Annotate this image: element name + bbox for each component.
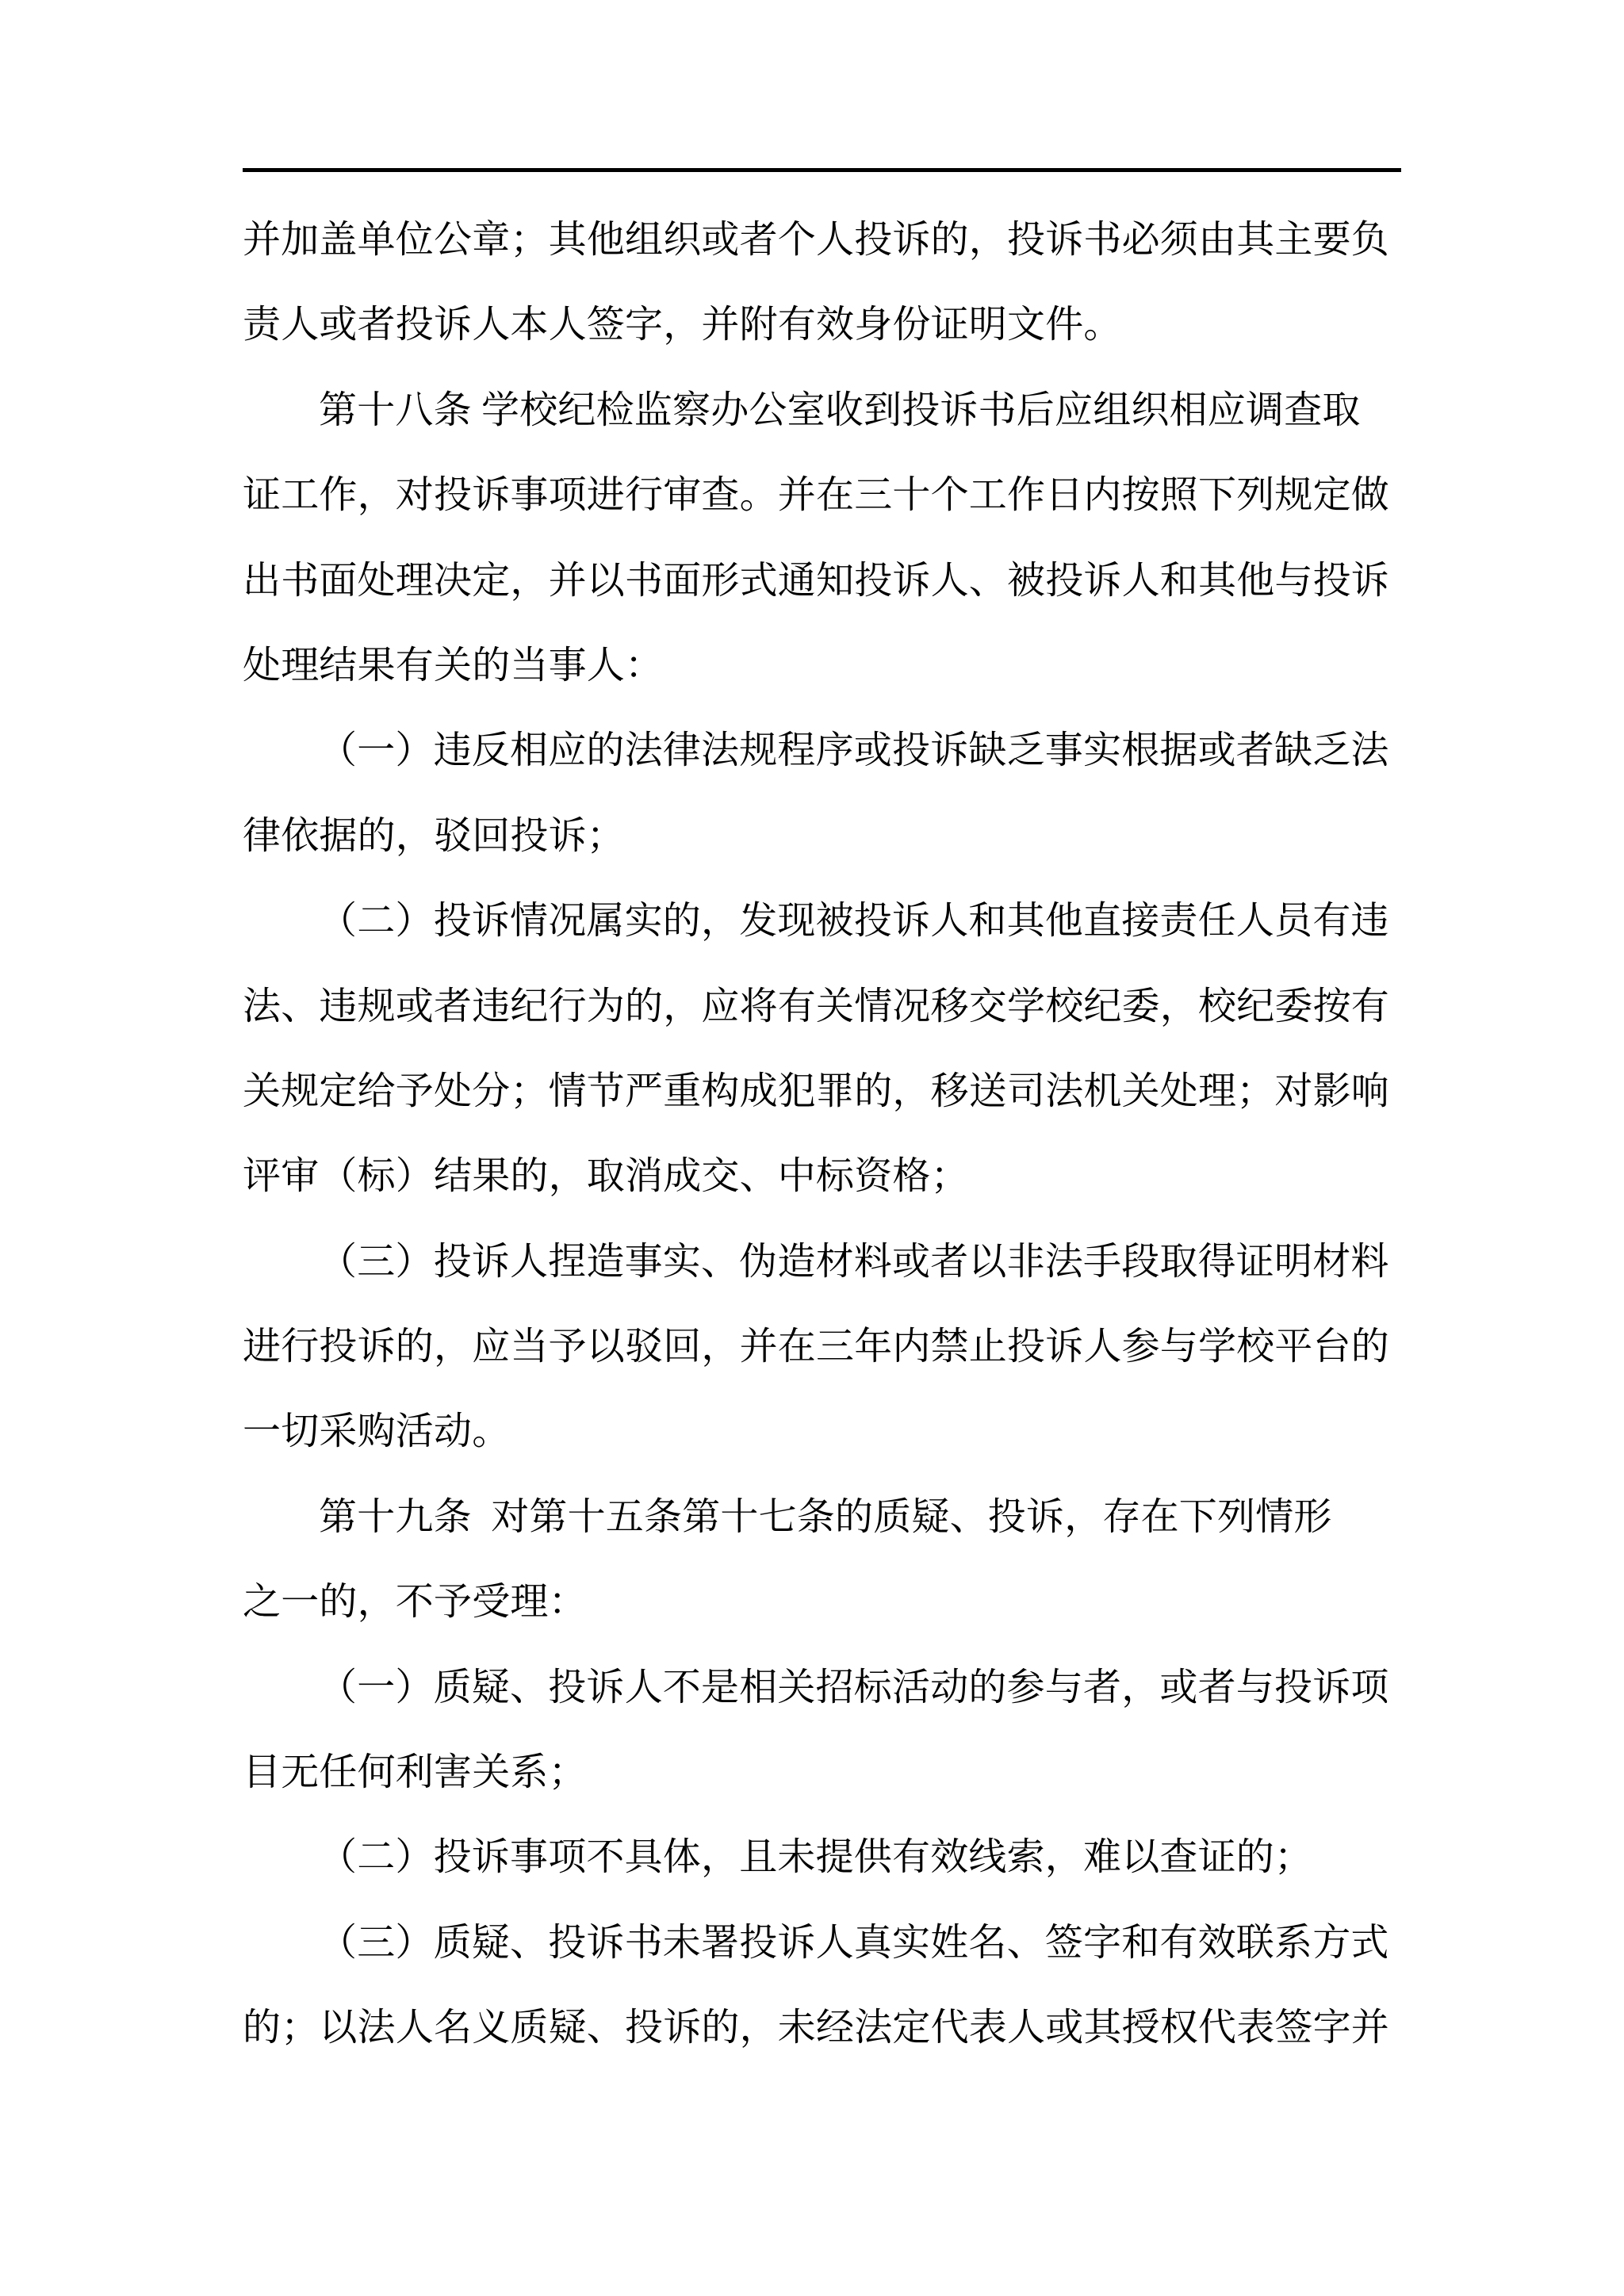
text-line: （一）质疑、投诉人不是相关招标活动的参与者，或者与投诉项 (243, 1645, 1408, 1730)
text-line: （二）投诉情况属实的，发现被投诉人和其他直接责任人员有违 (243, 878, 1408, 963)
text-line: 责人或者投诉人本人签字，并附有效身份证明文件。 (243, 282, 1408, 367)
text-line: （二）投诉事项不具体，且未提供有效线索，难以查证的； (243, 1815, 1408, 1900)
text-line: 法、违规或者违纪行为的，应将有关情况移交学校纪委，校纪委按有 (243, 964, 1408, 1049)
text-line: 评审（标）结果的，取消成交、中标资格； (243, 1134, 1408, 1219)
text-line: 进行投诉的，应当予以驳回，并在三年内禁止投诉人参与学校平台的 (243, 1304, 1408, 1389)
document-text: 并加盖单位公章；其他组织或者个人投诉的，投诉书必须由其主要负责人或者投诉人本人签… (243, 197, 1408, 2071)
document-page: 并加盖单位公章；其他组织或者个人投诉的，投诉书必须由其主要负责人或者投诉人本人签… (0, 0, 1624, 2296)
text-line: 的；以法人名义质疑、投诉的，未经法定代表人或其授权代表签字并 (243, 1985, 1408, 2070)
text-line: 并加盖单位公章；其他组织或者个人投诉的，投诉书必须由其主要负 (243, 197, 1408, 282)
header-separator-line (243, 168, 1401, 172)
text-line: 第十八条 学校纪检监察办公室收到投诉书后应组织相应调查取 (243, 368, 1408, 453)
text-line: 第十九条 对第十五条第十七条的质疑、投诉，存在下列情形 (243, 1475, 1408, 1559)
text-line: 律依据的，驳回投诉； (243, 794, 1408, 878)
text-line: （三）质疑、投诉书未署投诉人真实姓名、签字和有效联系方式 (243, 1900, 1408, 1985)
text-line: 处理结果有关的当事人： (243, 623, 1408, 708)
text-line: 目无任何利害关系； (243, 1730, 1408, 1815)
text-line: 一切采购活动。 (243, 1389, 1408, 1474)
text-line: 证工作，对投诉事项进行审查。并在三十个工作日内按照下列规定做 (243, 453, 1408, 538)
text-line: （一）违反相应的法律法规程序或投诉缺乏事实根据或者缺乏法 (243, 708, 1408, 793)
text-line: 关规定给予处分；情节严重构成犯罪的，移送司法机关处理；对影响 (243, 1049, 1408, 1134)
text-line: （三）投诉人捏造事实、伪造材料或者以非法手段取得证明材料 (243, 1219, 1408, 1304)
text-line: 之一的，不予受理： (243, 1559, 1408, 1644)
text-line: 出书面处理决定，并以书面形式通知投诉人、被投诉人和其他与投诉 (243, 538, 1408, 623)
